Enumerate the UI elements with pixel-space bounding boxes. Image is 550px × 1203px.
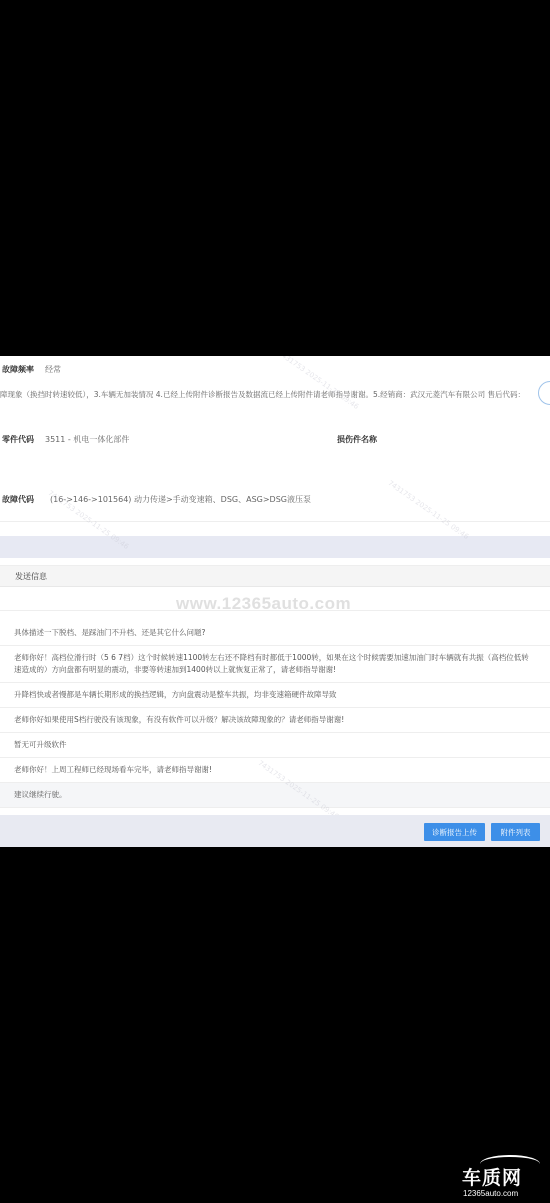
- part-code-label: 零件代码: [2, 434, 34, 445]
- app-screen: 故障频率 经常 障现象（换挡时转速较低），3.车辆无加装情况 4.已经上传附件诊…: [0, 356, 550, 847]
- message-list: 具体描述一下脱档、是踩油门不升档、还是其它什么问题? 老师你好！高档位滑行时（5…: [0, 621, 550, 808]
- message-item: 老师你好如果使用S档行驶没有该现象，有没有软件可以升级？解决该故障现象的？请老师…: [0, 708, 550, 733]
- fault-frequency-row: 故障频率 经常: [0, 356, 550, 380]
- site-logo: 车质网 12365auto.com: [460, 1155, 550, 1203]
- fault-description-text: 障现象（换挡时转速较低），3.车辆无加装情况 4.已经上传附件诊断报告及数据流已…: [0, 389, 540, 400]
- expand-circle-button[interactable]: [538, 381, 550, 405]
- damaged-part-label: 损伤件名称: [337, 434, 377, 445]
- action-footer: 诊断报告上传 附件列表: [0, 815, 550, 847]
- site-watermark: www.12365auto.com: [176, 594, 351, 614]
- section-divider-band: [0, 536, 550, 558]
- attachment-list-button[interactable]: 附件列表: [491, 823, 540, 841]
- message-item: 具体描述一下脱档、是踩油门不升档、还是其它什么问题?: [0, 621, 550, 646]
- fault-frequency-value: 经常: [45, 364, 61, 375]
- upload-diagnostic-report-button[interactable]: 诊断报告上传: [424, 823, 485, 841]
- send-message-header: 发送信息: [0, 565, 550, 587]
- message-item: 暂无可升级软件: [0, 733, 550, 758]
- part-code-value: 3511 - 机电一体化部件: [45, 434, 129, 445]
- message-item: 老师你好！高档位滑行时（5 6 7档）这个时候转速1100转左右还不降档有时都低…: [0, 646, 550, 683]
- fault-code-row: 故障代码 (16->146->101564) 动力传递>手动变速箱、DSG、AS…: [0, 492, 550, 522]
- fault-code-label: 故障代码: [2, 494, 34, 505]
- logo-url: 12365auto.com: [463, 1189, 518, 1198]
- message-item: 老师你好！上周工程师已经现场看车完毕，请老师指导谢谢!: [0, 758, 550, 783]
- message-item: 建议继续行驶。: [0, 783, 550, 808]
- fault-frequency-label: 故障频率: [2, 364, 34, 375]
- part-code-row: 零件代码 3511 - 机电一体化部件 损伤件名称: [0, 432, 550, 452]
- logo-title: 车质网: [462, 1163, 522, 1190]
- fault-code-value: (16->146->101564) 动力传递>手动变速箱、DSG、ASG>DSG…: [50, 494, 311, 505]
- message-item: 升降档快或者慢都是车辆长期形成的换挡逻辑，方向盘震动是整车共振，均非变速箱硬件故…: [0, 683, 550, 708]
